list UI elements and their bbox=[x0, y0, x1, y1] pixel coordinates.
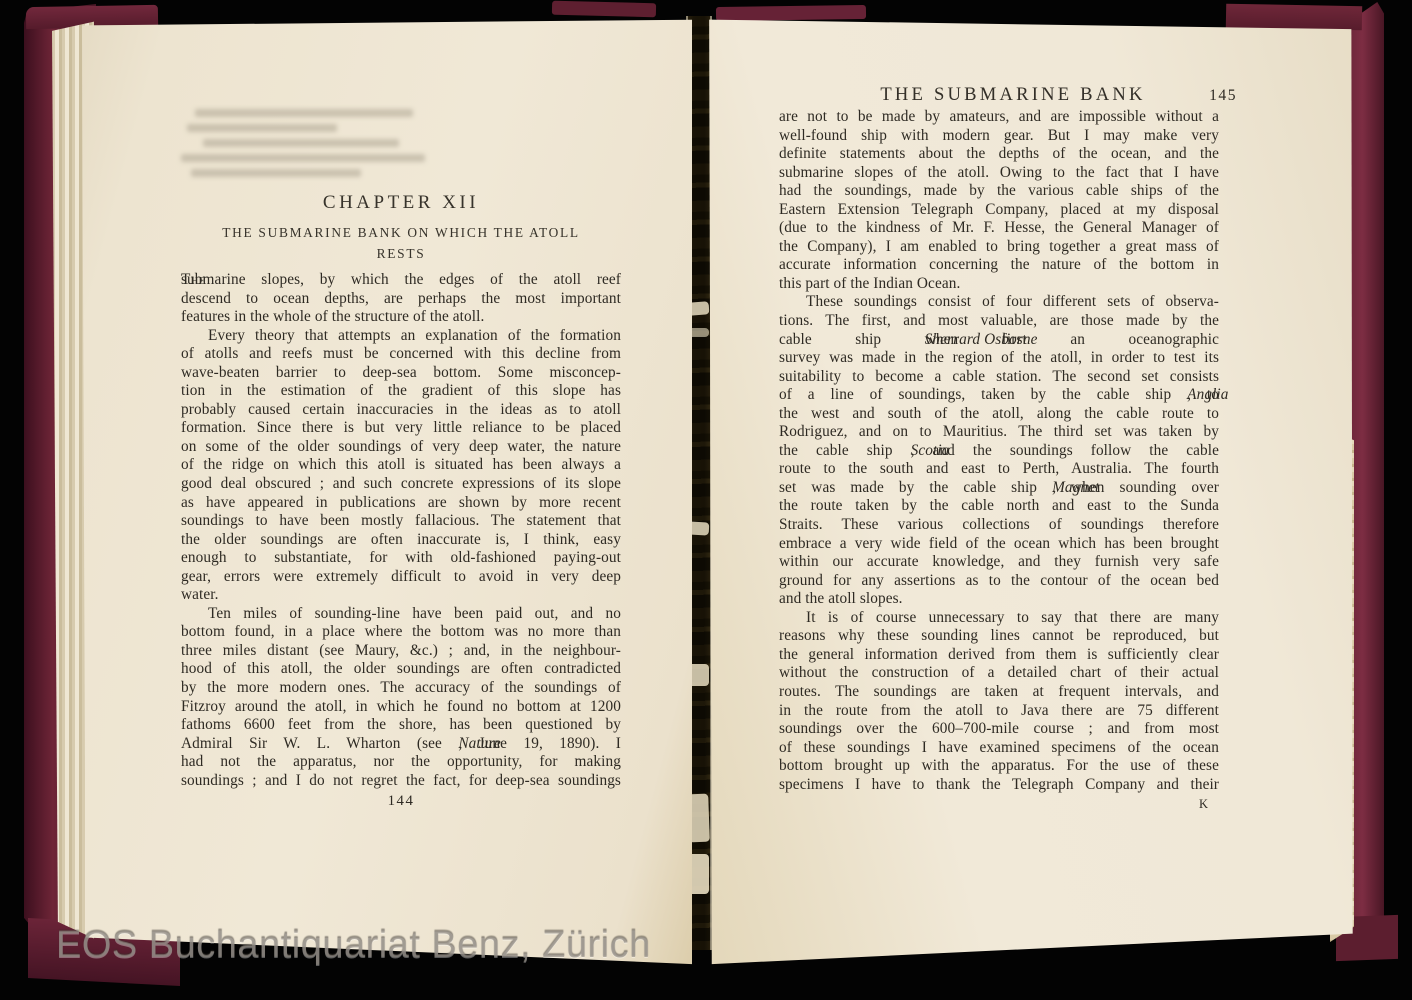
right-page: THE SUBMARINE BANK 145 are not to be mad… bbox=[700, 12, 1354, 966]
text-line: and the atoll slopes. bbox=[779, 590, 1219, 609]
text-line: the Company), I am enabled to bring toge… bbox=[779, 238, 1219, 257]
chapter-heading: CHAPTER XII bbox=[181, 192, 621, 214]
running-head: THE SUBMARINE BANK bbox=[779, 84, 1219, 106]
text-line: features in the whole of the structure o… bbox=[181, 308, 621, 327]
text-line: (due to the kindness of Mr. F. Hesse, th… bbox=[779, 219, 1219, 238]
text-line: on some of the older soundings of very d… bbox=[181, 438, 621, 457]
chapter-subtitle-line1: THE SUBMARINE BANK ON WHICH THE ATOLL bbox=[181, 225, 621, 241]
right-page-number: 145 bbox=[1209, 87, 1237, 105]
text-line: water. bbox=[181, 586, 621, 605]
text-line: suitability to become a cable station. T… bbox=[779, 368, 1219, 387]
left-page-content: CHAPTER XII THE SUBMARINE BANK ON WHICH … bbox=[181, 14, 621, 966]
text-line: Straits. These various collections of so… bbox=[779, 516, 1219, 535]
text-line: are not to be made by amateurs, and are … bbox=[779, 108, 1219, 127]
text-line: descend to ocean depths, are perhaps the… bbox=[181, 290, 621, 309]
text-line: routes. The soundings are taken at frequ… bbox=[779, 683, 1219, 702]
text-line: the general information derived from the… bbox=[779, 646, 1219, 665]
text-line: the cable ship Scotia, and the soundings… bbox=[779, 442, 1219, 461]
right-page-body: are not to be made by amateurs, and are … bbox=[779, 108, 1219, 794]
text-line: Ten miles of sounding-line have been pai… bbox=[181, 605, 621, 624]
text-line: tion in the estimation of the gradient o… bbox=[181, 382, 621, 401]
chapter-subtitle-line2: RESTS bbox=[181, 246, 621, 262]
text-line: ground for any assertions as to the cont… bbox=[779, 572, 1219, 591]
left-page-number: 144 bbox=[181, 793, 621, 810]
text-line: bottom found, in a place where the botto… bbox=[181, 623, 621, 642]
text-line: fathoms 6600 feet from the shore, has be… bbox=[181, 716, 621, 735]
text-line: soundings over the 600–700-mile course ;… bbox=[779, 720, 1219, 739]
text-line: the route taken by the cable north and e… bbox=[779, 497, 1219, 516]
text-line: within our accurate knowledge, and they … bbox=[779, 553, 1219, 572]
text-line: good deal obscured ; and such concrete e… bbox=[181, 475, 621, 494]
text-line: Every theory that attempts an explanatio… bbox=[181, 327, 621, 346]
signature-mark: K bbox=[779, 797, 1219, 812]
text-line: These soundings consist of four differen… bbox=[779, 293, 1219, 312]
text-line: definite statements about the depths of … bbox=[779, 145, 1219, 164]
text-line: Fitzroy around the atoll, in which he fo… bbox=[181, 698, 621, 717]
text-line: probably caused certain inaccuracies in … bbox=[181, 401, 621, 420]
text-line: route to the south and east to Perth, Au… bbox=[779, 460, 1219, 479]
text-line: The submarine slopes, by which the edges… bbox=[181, 271, 621, 290]
text-line: of a line of soundings, taken by the cab… bbox=[779, 386, 1219, 405]
text-line: soundings to have been mostly fallacious… bbox=[181, 512, 621, 531]
text-line: It is of course unnecessary to say that … bbox=[779, 609, 1219, 628]
text-line: Admiral Sir W. L. Wharton (see Nature, J… bbox=[181, 735, 621, 754]
left-page: CHAPTER XII THE SUBMARINE BANK ON WHICH … bbox=[82, 14, 692, 966]
text-line: had not the apparatus, nor the opportuni… bbox=[181, 753, 621, 772]
text-line: bottom brought up with the apparatus. Fo… bbox=[779, 757, 1219, 776]
text-line: enough to substantiate, for with old-fas… bbox=[181, 549, 621, 568]
text-line: reasons why these sounding lines cannot … bbox=[779, 627, 1219, 646]
text-line: cable ship Sherrard Osborne when first a… bbox=[779, 331, 1219, 350]
book-cover-top-fragment bbox=[552, 1, 656, 18]
text-line: by the more modern ones. The accuracy of… bbox=[181, 679, 621, 698]
text-line: the west and south of the atoll, along t… bbox=[779, 405, 1219, 424]
text-line: Rodriguez, and on to Mauritius. The thir… bbox=[779, 423, 1219, 442]
book-photo: CHAPTER XII THE SUBMARINE BANK ON WHICH … bbox=[0, 0, 1412, 1000]
text-line: hood of this atoll, the older soundings … bbox=[181, 660, 621, 679]
text-line: formation. Since there is but very littl… bbox=[181, 419, 621, 438]
text-line: tions. The first, and most valuable, are… bbox=[779, 312, 1219, 331]
show-through-text bbox=[181, 102, 461, 184]
text-line: the older soundings are often inaccurate… bbox=[181, 531, 621, 550]
text-line: of these soundings I have examined speci… bbox=[779, 739, 1219, 758]
left-page-body: The submarine slopes, by which the edges… bbox=[181, 271, 621, 790]
right-page-content: THE SUBMARINE BANK 145 are not to be mad… bbox=[779, 12, 1219, 966]
text-line: soundings ; and I do not regret the fact… bbox=[181, 772, 621, 791]
text-line: as have appeared in publications are sho… bbox=[181, 494, 621, 513]
text-line: survey was made in the region of the ato… bbox=[779, 349, 1219, 368]
text-line: embrace a very wide field of the ocean w… bbox=[779, 535, 1219, 554]
text-line: well-found ship with modern gear. But I … bbox=[779, 127, 1219, 146]
text-line: had the soundings, made by the various c… bbox=[779, 182, 1219, 201]
text-line: gear, errors were extremely difficult to… bbox=[181, 568, 621, 587]
text-line: three miles distant (see Maury, &c.) ; a… bbox=[181, 642, 621, 661]
text-line: Eastern Extension Telegraph Company, pla… bbox=[779, 201, 1219, 220]
bookseller-watermark: EOS Buchantiquariat Benz, Zürich bbox=[56, 924, 696, 967]
book-cover-top-right bbox=[1226, 4, 1362, 31]
text-line: of atolls and reefs must be concerned wi… bbox=[181, 345, 621, 364]
book-cover-top-fragment bbox=[716, 5, 866, 21]
text-line: set was made by the cable ship Magnet, w… bbox=[779, 479, 1219, 498]
text-line: submarine slopes of the atoll. Owing to … bbox=[779, 164, 1219, 183]
text-line: wave-beaten barrier to deep-sea bottom. … bbox=[181, 364, 621, 383]
running-head-row: THE SUBMARINE BANK 145 bbox=[779, 84, 1219, 106]
text-line: specimens I have to thank the Telegraph … bbox=[779, 776, 1219, 795]
text-line: of the ridge on which this atoll is situ… bbox=[181, 456, 621, 475]
text-line: accurate information concerning the natu… bbox=[779, 256, 1219, 275]
text-line: in the route from the atoll to Java ther… bbox=[779, 702, 1219, 721]
text-line: this part of the Indian Ocean. bbox=[779, 275, 1219, 294]
text-line: without the construction of a detailed c… bbox=[779, 664, 1219, 683]
